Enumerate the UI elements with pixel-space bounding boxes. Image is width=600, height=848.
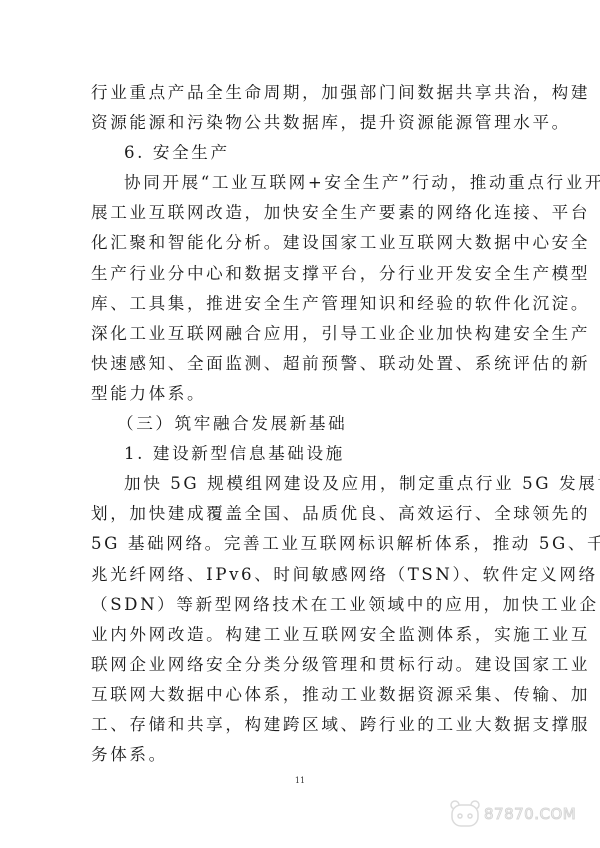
paragraph-line: 行业重点产品全生命周期，加强部门间数据共享共治，构建 (91, 78, 511, 108)
document-page: 行业重点产品全生命周期，加强部门间数据共享共治，构建 资源能源和污染物公共数据库… (0, 0, 600, 848)
page-number: 11 (0, 776, 600, 785)
document-body: 行业重点产品全生命周期，加强部门间数据共享共治，构建 资源能源和污染物公共数据库… (91, 78, 511, 770)
paragraph-line: 资源能源和污染物公共数据库，提升资源能源管理水平。 (91, 108, 511, 138)
paragraph-line: 业内外网改造。构建工业互联网安全监测体系，实施工业互 (91, 620, 511, 650)
paragraph-line: 兆光纤网络、IPv6、时间敏感网络（TSN）、软件定义网络 (91, 560, 511, 590)
paragraph-line: 5G 基础网络。完善工业互联网标识解析体系，推动 5G、千 (91, 529, 511, 559)
paragraph-line: 快速感知、全面监测、超前预警、联动处置、系统评估的新 (91, 349, 511, 379)
paragraph-line: 务体系。 (91, 740, 511, 770)
watermark: 87870.COM (450, 796, 590, 832)
paragraph-line: 深化工业互联网融合应用，引导工业企业加快构建安全生产 (91, 319, 511, 349)
paragraph-line: 型能力体系。 (91, 379, 511, 409)
paragraph-line: 工、存储和共享，构建跨区域、跨行业的工业大数据支撑服 (91, 710, 511, 740)
section-heading: （三）筑牢融合发展新基础 (91, 409, 511, 439)
mascot-logo-icon (450, 800, 480, 828)
paragraph-line: 联网企业网络安全分类分级管理和贯标行动。建设国家工业 (91, 650, 511, 680)
paragraph-line: 协同开展“工业互联网+安全生产”行动，推动重点行业开 (91, 168, 511, 198)
paragraph-line: 化汇聚和智能化分析。建设国家工业互联网大数据中心安全 (91, 228, 511, 258)
paragraph-line: 展工业互联网改造，加快安全生产要素的网络化连接、平台 (91, 198, 511, 228)
paragraph-line: 划，加快建成覆盖全国、品质优良、高效运行、全球领先的 (91, 499, 511, 529)
paragraph-line: 互联网大数据中心体系，推动工业数据资源采集、传输、加 (91, 680, 511, 710)
paragraph-line: 加快 5G 规模组网建设及应用，制定重点行业 5G 发展计 (91, 469, 511, 499)
subheading-infrastructure: 1. 建设新型信息基础设施 (91, 439, 511, 469)
watermark-text: 87870.COM (484, 805, 576, 823)
paragraph-line: 库、工具集，推进安全生产管理知识和经验的软件化沉淀。 (91, 289, 511, 319)
paragraph-line: （SDN）等新型网络技术在工业领域中的应用，加快工业企 (91, 590, 511, 620)
paragraph-line: 生产行业分中心和数据支撑平台，分行业开发安全生产模型 (91, 259, 511, 289)
subheading-safety-production: 6. 安全生产 (91, 138, 511, 168)
